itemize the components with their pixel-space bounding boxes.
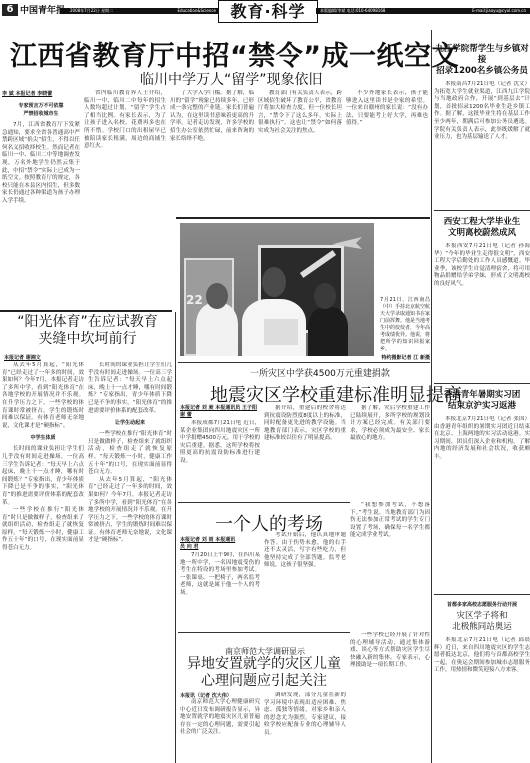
person-right-head bbox=[314, 283, 336, 309]
masthead: 6 中国青年报 2008年7月22日 星期二 Education&Science… bbox=[0, 0, 530, 24]
earthquake-text-3: 据了解，灾后学校重建工作已陆续展开，多所学校的规划设计方案已经完成。有关部门要求… bbox=[350, 405, 430, 443]
sidebar-text: 本报西安7月21日电（记者 孙海华）“今年的毕业生走得很文明”，西安工程大学后勤… bbox=[434, 243, 530, 289]
sidebar-headline: 香港青年暑期实习团 结束京沪实习返港 bbox=[434, 390, 530, 412]
lead-headline: 江西省教育厅中招“禁令”成一纸空文 bbox=[10, 34, 459, 73]
lead-column-1: 专家预言万不可依靠 严禁招收城市生 7月，江西省教育厅下发紧急通知，要求全省各普… bbox=[2, 100, 80, 213]
divider-earthquake-top bbox=[178, 362, 430, 363]
divider-sidebar bbox=[431, 30, 432, 763]
earthquake-headline: 地震灾区学校重建标准明显提高 bbox=[210, 381, 462, 407]
relocated-column-2: 调研发现，部分儿童在新的学习环境中表现出适应困难、焦虑、孤独等情绪，对家乡和亲人… bbox=[264, 692, 346, 763]
sidebar-headline: 九江学院帮学生与乡镇对接 招录1200名乡镇公务员 bbox=[434, 44, 530, 77]
sidebar-headline: 灾区学子将和 北极熊同站奥运 bbox=[434, 611, 530, 633]
date-line: 2008年7月22日 星期二 bbox=[70, 7, 113, 15]
sunshine-text-2: 长时间的课业负担让学生们几乎没有时间走进操场。一位高三学生告诉记者：“每天早上六… bbox=[88, 362, 172, 415]
admission-letter bbox=[264, 319, 298, 345]
lead-section-heading: 专家预言万不可依靠 严禁招收城市生 bbox=[2, 102, 80, 118]
sunshine-text-1b: 长时间的课业负担让学生们几乎没有时间走进操场。一位高三学生告诉记者：“每天早上六… bbox=[2, 446, 84, 507]
sunshine-headline: “阳光体育”在应试教育 夹缝中坎坷前行 bbox=[0, 314, 175, 348]
person-left bbox=[196, 303, 238, 356]
divider-photo-top bbox=[176, 217, 430, 219]
exam-column-2: 考试开始后，他认真地审题作答。由于伤势未愈，他的右手还不太灵活，写字有些吃力，但… bbox=[264, 532, 346, 628]
lead-byline: 李 斌 本报记者 李晓蕾 bbox=[2, 90, 52, 97]
earthquake-kicker: 一所灾区中学获4500万元重建捐款 bbox=[250, 366, 390, 379]
sunshine-column-1: 从去年5月算起，“阳光体育”已经走过了一年多的时间，效果如何？今年7月，本报记者… bbox=[2, 362, 84, 762]
divider-exam-top bbox=[178, 502, 350, 503]
lead-column-2: 省内临川教育界人士介绍，临川一中、临川二中每年的招生人数均超过计划，“留学”学生… bbox=[84, 90, 166, 213]
divider-vertical-left bbox=[175, 312, 176, 763]
relocated-byline: 本报讯（记者 沈大伟） bbox=[180, 692, 260, 699]
earthquake-text-1: 本报成都7月21日电 近日，某企业集团向四川地震灾区一所中学捐赠4500万元，用… bbox=[180, 420, 260, 466]
masthead-bar-right: 本版编辑/李斌 电话:010-64098168 E-mail:jiaoyu@cy… bbox=[316, 8, 530, 14]
exam-text-3: “我想参加考试，不想落下。”考生说。当地教育部门为因伤无法参加正常考试的学生专门… bbox=[350, 502, 430, 540]
sunshine-column-2: 长时间的课业负担让学生们几乎没有时间走进操场。一位高三学生告诉记者：“每天早上六… bbox=[88, 362, 172, 762]
lead-subheadline: 临川中学万人“留学”现象依旧 bbox=[140, 69, 323, 89]
divider-relocated-top bbox=[178, 632, 350, 633]
student-head bbox=[262, 267, 286, 297]
sunshine-subhead-1: 中学生体质 bbox=[2, 434, 84, 442]
page-number: 6 bbox=[2, 4, 18, 16]
door-number: 22 bbox=[186, 293, 203, 307]
exam-column-1: 7月20日上午9时，在四川某地一所中学，一名因地震受伤的考生在特设的考场里参加考… bbox=[180, 552, 260, 628]
sunshine-text-2b: 一些学校在推行“阳光体育”时只是做做样子，检查组来了就组织活动，检查组走了就恢复… bbox=[88, 431, 172, 477]
masthead-bar-left: 2008年7月22日 星期二 Education&Science bbox=[60, 8, 220, 14]
relocated-text-2: 调研发现，部分儿童在新的学习环境中表现出适应困难、焦虑、孤独等情绪，对家乡和亲人… bbox=[264, 692, 346, 738]
relocated-column-1: 本报讯（记者 沈大伟） 南京师范大学心理健康研究中心近日发布调研报告显示，异地安… bbox=[180, 692, 260, 763]
lead-text-5: 不少外地家长表示，孩子能够进入这里读书是全家的希望。一位来自赣州的家长说：“没有… bbox=[346, 90, 428, 128]
photo-caption: 7月21日，江西南昌（中）手持北京航空航天大学录取通知书在家门前挥舞。他是当地考… bbox=[380, 297, 430, 362]
sunshine-text-1: 从去年5月算起，“阳光体育”已经走过了一年多的时间，效果如何？今年7月，本报记者… bbox=[2, 362, 84, 430]
exam-text-2: 考试开始后，他认真地审题作答。由于伤势未愈，他的右手还不太灵活，写字有些吃力，但… bbox=[264, 532, 346, 570]
section-en: Education&Science bbox=[177, 7, 216, 15]
sidebar: 九江学院帮学生与乡镇对接 招录1200名乡镇公务员 本报南昌7月21日电（记者 … bbox=[434, 38, 530, 763]
exam-byline: 本报记者 刘 雨 本报通讯员 向 君 bbox=[180, 537, 240, 551]
caption-text: 7月21日，江西南昌（中）手持北京航空航天大学录取通知书在家门前挥舞。他是当地考… bbox=[380, 297, 430, 352]
earthquake-column-3: 据了解，灾后学校重建工作已陆续展开，多所学校的规划设计方案已经完成。有关部门要求… bbox=[350, 405, 430, 498]
relocated-headline: 异地安置就学的灾区儿童 心理问题应引起关注 bbox=[178, 656, 350, 690]
lead-column-4: 教育部门有关负责人表示，跨区域招生破坏了教育公平，省教育厅将加大检查力度。但一位… bbox=[258, 90, 342, 213]
sunshine-subhead-0: 让学生动起来 bbox=[88, 419, 172, 427]
lead-text-2: 省内临川教育界人士介绍，临川一中、临川二中每年的招生人数均超过计划，“留学”学生… bbox=[84, 90, 166, 151]
person-right bbox=[308, 307, 348, 356]
earthquake-column-2: 据介绍，重建后的校舍将达到抗震设防烈度8度以上的标准，同时配备更先进的教学设施。… bbox=[264, 405, 346, 498]
news-photo: 22 bbox=[180, 223, 374, 356]
sidebar-item-volunteers: 首都多家高校志愿服务行动开展 灾区学子将和 北极熊同站奥运 本报北京7月21日电… bbox=[434, 595, 530, 763]
divider-sunshine-top bbox=[0, 310, 172, 312]
lead-column-5: 不少外地家长表示，孩子能够进入这里读书是全家的希望。一位来自赣州的家长说：“没有… bbox=[346, 90, 428, 213]
exam-text-1: 7月20日上午9时，在四川某地一所中学，一名因地震受伤的考生在特设的考场里参加考… bbox=[180, 552, 260, 598]
sidebar-item-xian: 西安工程大学毕业生 文明离校蔚然成风 本报西安7月21日电（记者 孙海华）“今年… bbox=[434, 211, 530, 383]
lead-text-3: 了大学入学门槛。据了解，临川的“留学”现象已持续多年，已形成一条完整的产业链。家… bbox=[170, 90, 254, 143]
earthquake-text-2: 据介绍，重建后的校舍将达到抗震设防烈度8度以上的标准，同时配备更先进的教学设施。… bbox=[264, 405, 346, 443]
lead-text-4: 教育部门有关负责人表示，跨区域招生破坏了教育公平，省教育厅将加大检查力度。但一位… bbox=[258, 90, 342, 136]
lead-column-3: 了大学入学门槛。据了解，临川的“留学”现象已持续多年，已形成一条完整的产业链。家… bbox=[170, 90, 254, 213]
sidebar-item-hongkong: 香港青年暑期实习团 结束京沪实习返港 本报北京7月21日电（记者 张国）由香港青… bbox=[434, 384, 530, 594]
sidebar-item-jiujiang: 九江学院帮学生与乡镇对接 招录1200名乡镇公务员 本报南昌7月21日电（记者 … bbox=[434, 38, 530, 210]
sidebar-text: 本报北京7月21日电（记者 张国）由香港青年组织的暑期实习团近日结束在北京、上海… bbox=[434, 416, 530, 462]
relocated-column-3: 一些学校已经开展了针对性的心理辅导活动，通过集体游戏、谈心等方式帮助灾区学生尽快… bbox=[350, 632, 430, 763]
sidebar-kicker: 首都多家高校志愿服务行动开展 bbox=[434, 601, 530, 609]
photo-credit: 特约摄影记者 江 新摄 bbox=[380, 355, 430, 362]
sunshine-text-1c: 一些学校在推行“阳光体育”时只是做做样子，检查组来了就组织活动，检查组走了就恢复… bbox=[2, 507, 84, 553]
earthquake-column-1: 本报成都7月21日电 近日，某企业集团向四川地震灾区一所中学捐赠4500万元，用… bbox=[180, 420, 260, 498]
sunshine-byline: 本报记者 谢湘文 bbox=[4, 354, 41, 361]
sidebar-text: 本报北京7月21日电（记者 邱晨辉）近日，来自四川地震灾区的学生志愿者抵达北京，… bbox=[434, 637, 530, 675]
sidebar-headline: 西安工程大学毕业生 文明离校蔚然成风 bbox=[434, 217, 530, 239]
sunshine-text-2c: 从去年5月算起，“阳光体育”已经走过了一年多的时间，效果如何？今年7月，本报记者… bbox=[88, 477, 172, 545]
sidebar-text: 本报南昌7月21日电（记者 沈文）为拓宽大学生就业渠道，江西九江学院与当地政府合… bbox=[434, 81, 530, 142]
exam-column-3: “我想参加考试，不想落下。”考生说。当地教育部门为因伤无法参加正常考试的学生专门… bbox=[350, 502, 430, 628]
editor-line: 本版编辑/李斌 电话:010-64098168 bbox=[320, 7, 385, 15]
person-left-head bbox=[206, 283, 228, 309]
section-title: 教育·科学 bbox=[218, 0, 318, 23]
earthquake-byline: 本报记者 刘 昶 本报通讯员 王子阳 谢 蕾 bbox=[180, 405, 260, 419]
lead-text-1: 7月，江西省教育厅下发紧急通知，要求全省各普通高中严禁跨区域“掐尖”招生，不得以… bbox=[2, 122, 80, 206]
email: E-mail:jiaoyu@cyol.com.cn bbox=[472, 7, 526, 15]
relocated-text-1: 南京师范大学心理健康研究中心近日发布调研报告显示，异地安置就学的地震灾区儿童普遍… bbox=[180, 699, 260, 737]
paper-logo: 中国青年报 bbox=[20, 3, 65, 16]
relocated-text-3: 一些学校已经开展了针对性的心理辅导活动，通过集体游戏、谈心等方式帮助灾区学生尽快… bbox=[350, 632, 430, 670]
